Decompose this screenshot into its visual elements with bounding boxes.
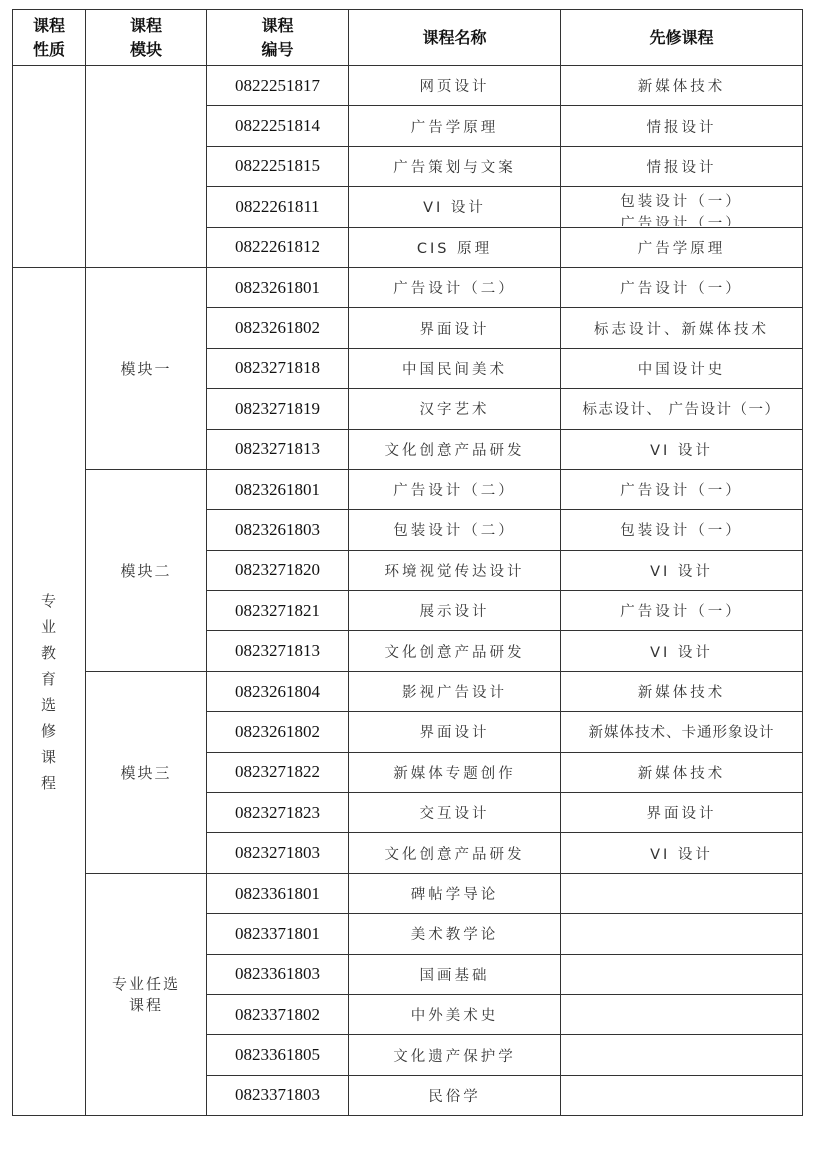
course-code: 0822251817 xyxy=(207,66,349,106)
course-code: 0823271819 xyxy=(207,389,349,429)
module-label-line: 课程 xyxy=(86,994,206,1015)
course-name: 文化遗产保护学 xyxy=(349,1035,561,1075)
header-course-nature: 课程 性质 xyxy=(13,10,86,66)
course-code: 0823261801 xyxy=(207,267,349,307)
course-code: 0823271818 xyxy=(207,348,349,388)
course-name: 民俗学 xyxy=(349,1075,561,1115)
course-prereq xyxy=(561,954,803,994)
course-name: 环境视觉传达设计 xyxy=(349,550,561,590)
header-prerequisite: 先修课程 xyxy=(561,10,803,66)
course-name: 界面设计 xyxy=(349,712,561,752)
course-prereq xyxy=(561,914,803,954)
course-name: 美术教学论 xyxy=(349,914,561,954)
course-name: 包装设计（二） xyxy=(349,510,561,550)
course-name: 中国民间美术 xyxy=(349,348,561,388)
course-module-cell: 模块三 xyxy=(86,671,207,873)
course-prereq: 包装设计（一） xyxy=(561,510,803,550)
course-module-cell: 模块二 xyxy=(86,469,207,671)
course-name: 碑帖学导论 xyxy=(349,873,561,913)
course-name: 中外美术史 xyxy=(349,994,561,1034)
table-row: 专业教育选修课程 模块一 0823261801 广告设计（二） 广告设计（一） xyxy=(13,267,803,307)
course-code: 0823271822 xyxy=(207,752,349,792)
course-prereq: 新媒体技术 xyxy=(561,752,803,792)
course-prereq xyxy=(561,873,803,913)
course-module-cell: 模块一 xyxy=(86,267,207,469)
course-prereq xyxy=(561,1035,803,1075)
course-prereq: 广告设计（一） xyxy=(561,591,803,631)
course-prereq: 广告学原理 xyxy=(561,227,803,267)
course-name: 文化创意产品研发 xyxy=(349,429,561,469)
course-name: 国画基础 xyxy=(349,954,561,994)
module-label-line: 专业任选 xyxy=(86,973,206,994)
course-prereq: VI 设计 xyxy=(561,429,803,469)
course-prereq: 标志设计、新媒体技术 xyxy=(561,308,803,348)
course-prereq xyxy=(561,994,803,1034)
course-name: 文化创意产品研发 xyxy=(349,631,561,671)
header-course-code: 课程 编号 xyxy=(207,10,349,66)
course-name: 新媒体专题创作 xyxy=(349,752,561,792)
header-course-name: 课程名称 xyxy=(349,10,561,66)
course-name: 展示设计 xyxy=(349,591,561,631)
header-course-module: 课程 模块 xyxy=(86,10,207,66)
course-code: 0823271823 xyxy=(207,793,349,833)
course-prereq: VI 设计 xyxy=(561,550,803,590)
table-row: 模块三 0823261804 影视广告设计 新媒体技术 xyxy=(13,671,803,711)
course-code: 0823371801 xyxy=(207,914,349,954)
course-prereq: 新媒体技术、卡通形象设计 xyxy=(561,712,803,752)
course-code: 0823261802 xyxy=(207,712,349,752)
table-row: 专业任选 课程 0823361801 碑帖学导论 xyxy=(13,873,803,913)
course-code: 0823371802 xyxy=(207,994,349,1034)
course-code: 0823271813 xyxy=(207,429,349,469)
header-text: 课程 xyxy=(207,14,348,38)
prereq-line: 包装设计（一） xyxy=(561,191,802,213)
course-table: 课程 性质 课程 模块 课程 编号 课程名称 先修课程 0822251817 网… xyxy=(12,9,803,1116)
course-name: 界面设计 xyxy=(349,308,561,348)
course-prereq: 标志设计、 广告设计（一） xyxy=(561,389,803,429)
course-name: 广告学原理 xyxy=(349,106,561,146)
header-text: 编号 xyxy=(207,38,348,62)
course-name: 广告策划与文案 xyxy=(349,146,561,186)
course-code: 0823371803 xyxy=(207,1075,349,1115)
course-name: 网页设计 xyxy=(349,66,561,106)
course-nature-cell xyxy=(13,66,86,268)
prereq-line-overflow: 广告设计（一） xyxy=(561,213,802,226)
prereq-clipped-text: 包装设计（一） 广告设计（一） xyxy=(561,187,802,226)
course-module-cell: 专业任选 课程 xyxy=(86,873,207,1115)
course-nature-cell: 专业教育选修课程 xyxy=(13,267,86,1115)
course-prereq: VI 设计 xyxy=(561,631,803,671)
course-code: 0822261811 xyxy=(207,187,349,227)
header-text: 课程 xyxy=(86,14,206,38)
table-body: 0822251817 网页设计 新媒体技术 0822251814 广告学原理 情… xyxy=(13,66,803,1116)
course-code: 0823271820 xyxy=(207,550,349,590)
course-name: 交互设计 xyxy=(349,793,561,833)
course-prereq: 广告设计（一） xyxy=(561,469,803,509)
course-prereq: 新媒体技术 xyxy=(561,66,803,106)
course-code: 0823271803 xyxy=(207,833,349,873)
course-prereq xyxy=(561,1075,803,1115)
course-prereq: 广告设计（一） xyxy=(561,267,803,307)
table-row: 模块二 0823261801 广告设计（二） 广告设计（一） xyxy=(13,469,803,509)
course-code: 0823261804 xyxy=(207,671,349,711)
course-prereq: 中国设计史 xyxy=(561,348,803,388)
table-header: 课程 性质 课程 模块 课程 编号 课程名称 先修课程 xyxy=(13,10,803,66)
header-text: 模块 xyxy=(86,38,206,62)
course-module-cell xyxy=(86,66,207,268)
course-prereq: 包装设计（一） 广告设计（一） xyxy=(561,187,803,227)
course-name: 影视广告设计 xyxy=(349,671,561,711)
course-code: 0823261803 xyxy=(207,510,349,550)
course-nature-label: 专业教育选修课程 xyxy=(41,588,57,796)
course-name: 文化创意产品研发 xyxy=(349,833,561,873)
course-prereq: 情报设计 xyxy=(561,146,803,186)
header-text: 性质 xyxy=(13,38,85,62)
course-code: 0823261802 xyxy=(207,308,349,348)
course-prereq: VI 设计 xyxy=(561,833,803,873)
course-prereq: 界面设计 xyxy=(561,793,803,833)
course-name: 汉字艺术 xyxy=(349,389,561,429)
course-code: 0822261812 xyxy=(207,227,349,267)
course-code: 0823361801 xyxy=(207,873,349,913)
course-code: 0822251815 xyxy=(207,146,349,186)
course-prereq: 情报设计 xyxy=(561,106,803,146)
header-row: 课程 性质 课程 模块 课程 编号 课程名称 先修课程 xyxy=(13,10,803,66)
course-name: CIS 原理 xyxy=(349,227,561,267)
course-code: 0822251814 xyxy=(207,106,349,146)
course-code: 0823361805 xyxy=(207,1035,349,1075)
course-prereq: 新媒体技术 xyxy=(561,671,803,711)
course-name: 广告设计（二） xyxy=(349,469,561,509)
course-code: 0823271813 xyxy=(207,631,349,671)
table-row: 0822251817 网页设计 新媒体技术 xyxy=(13,66,803,106)
course-name: VI 设计 xyxy=(349,187,561,227)
course-code: 0823271821 xyxy=(207,591,349,631)
course-name: 广告设计（二） xyxy=(349,267,561,307)
course-code: 0823261801 xyxy=(207,469,349,509)
header-text: 课程 xyxy=(13,14,85,38)
course-code: 0823361803 xyxy=(207,954,349,994)
